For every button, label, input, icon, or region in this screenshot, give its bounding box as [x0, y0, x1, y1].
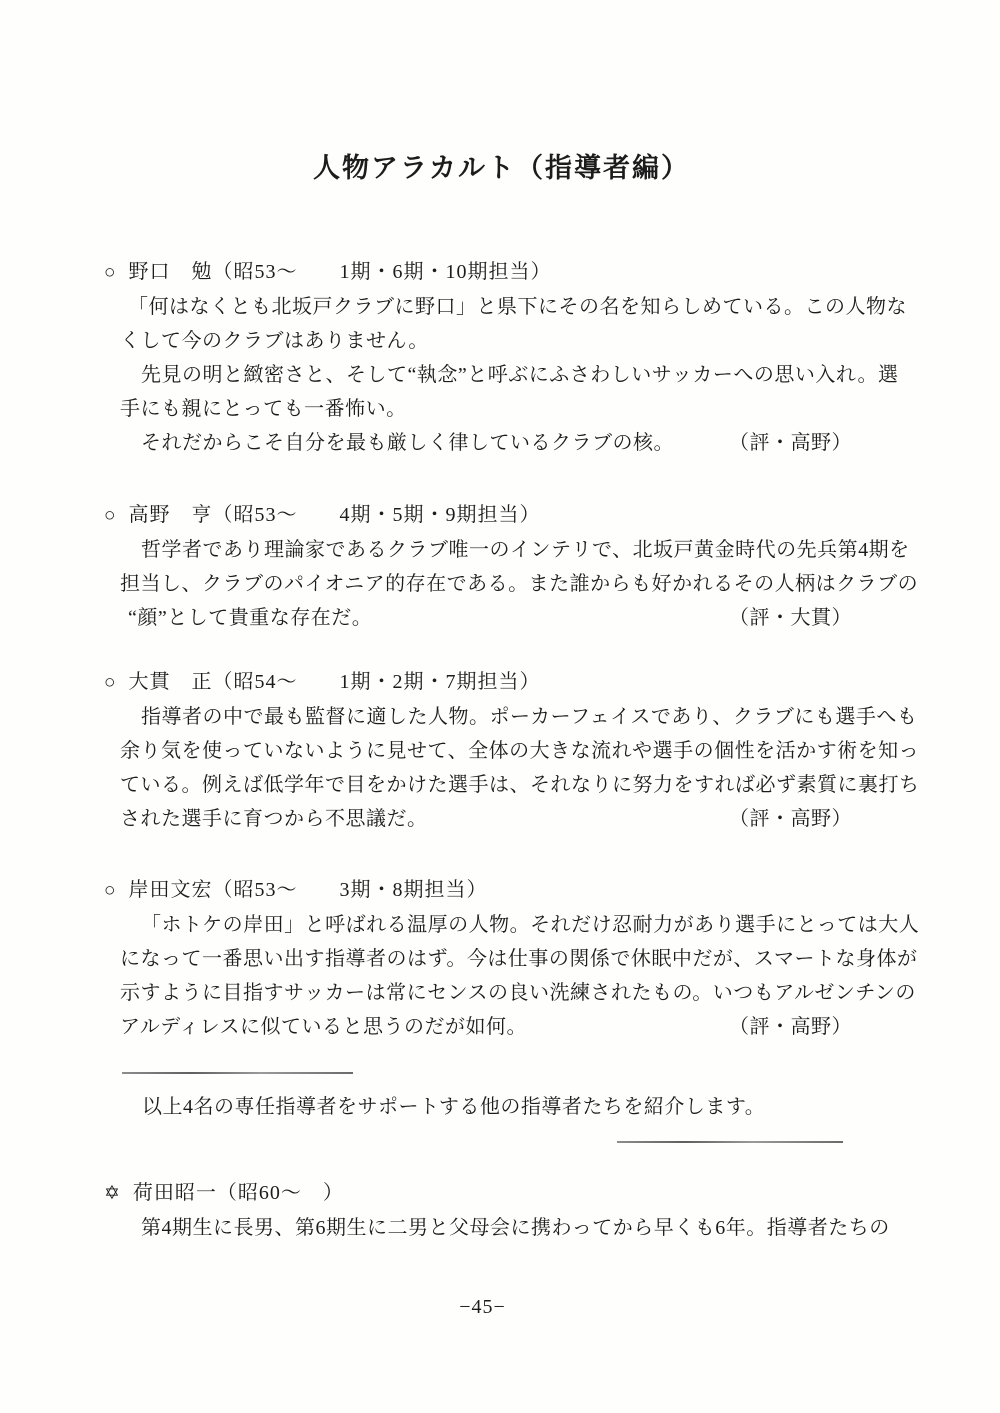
section-heading: ✡ 荷田昭一（昭60～ ）	[104, 1176, 884, 1211]
section-heading: ○ 大貫 正（昭54～ 1期・2期・7期担当）	[104, 665, 884, 700]
body-line: 担当し、クラブのパイオニア的存在である。また誰からも好かれるその人柄はクラブの	[120, 567, 852, 601]
profile-section-onuki: ○ 大貫 正（昭54～ 1期・2期・7期担当） 指導者の中で最も監督に適した人物…	[104, 665, 884, 836]
divider-line-left	[122, 1072, 353, 1074]
section-heading: ○ 野口 勉（昭53～ 1期・6期・10期担当）	[104, 255, 884, 290]
section-heading-text: 大貫 正（昭54～ 1期・2期・7期担当）	[128, 665, 540, 699]
body-line: になって一番思い出す指導者のはず。今は仕事の関係で休眠中だが、スマートな身体が	[120, 942, 852, 976]
circle-marker-icon: ○	[104, 666, 116, 700]
profile-section-noguchi: ○ 野口 勉（昭53～ 1期・6期・10期担当） 「何はなくとも北坂戸クラブに野…	[104, 255, 884, 460]
body-line: 第4期生に長男、第6期生に二男と父母会に携わってから早くも6年。指導者たちの	[120, 1211, 852, 1245]
body-line: 哲学者であり理論家であるクラブ唯一のインテリで、北坂戸黄金時代の先兵第4期を	[120, 533, 852, 567]
closing-line-row: された選手に育つから不思議だ。 （評・高野）	[120, 802, 852, 836]
circle-marker-icon: ○	[104, 874, 116, 908]
body-line: 「何はなくとも北坂戸クラブに野口」と県下にその名を知らしめている。この人物な	[120, 290, 852, 324]
body-line: くして今のクラブはありません。	[120, 324, 852, 358]
closing-line: それだからこそ自分を最も厳しく律しているクラブの核。	[120, 426, 674, 460]
section-heading-text: 岸田文宏（昭53～ 3期・8期担当）	[128, 873, 487, 907]
body-line: 「ホトケの岸田」と呼ばれる温厚の人物。それだけ忍耐力があり選手にとっては大人	[120, 908, 852, 942]
body-line: 示すように目指すサッカーは常にセンスの良い洗練されたもの。いつもアルゼンチンの	[120, 976, 852, 1010]
body-line: 余り気を使っていないように見せて、全体の大きな流れや選手の個性を活かす術を知っ	[120, 734, 852, 768]
evaluator-credit: （評・高野）	[729, 802, 852, 836]
evaluator-credit: （評・大貫）	[729, 601, 852, 635]
section-body: 「ホトケの岸田」と呼ばれる温厚の人物。それだけ忍耐力があり選手にとっては大人 に…	[120, 908, 852, 1044]
section-body: 「何はなくとも北坂戸クラブに野口」と県下にその名を知らしめている。この人物な く…	[120, 290, 852, 460]
closing-line: アルディレスに似ていると思うのだが如何。	[120, 1010, 527, 1044]
profile-section-takano: ○ 高野 亨（昭53～ 4期・5期・9期担当） 哲学者であり理論家であるクラブ唯…	[104, 498, 884, 635]
evaluator-credit: （評・高野）	[729, 426, 852, 460]
closing-line-row: アルディレスに似ていると思うのだが如何。 （評・高野）	[120, 1010, 852, 1044]
evaluator-credit: （評・高野）	[729, 1010, 852, 1044]
profile-section-nida: ✡ 荷田昭一（昭60～ ） 第4期生に長男、第6期生に二男と父母会に携わってから…	[104, 1176, 884, 1245]
divider-line-right	[617, 1141, 843, 1143]
circle-marker-icon: ○	[104, 256, 116, 290]
section-body: 第4期生に長男、第6期生に二男と父母会に携わってから早くも6年。指導者たちの	[120, 1211, 852, 1245]
section-heading-text: 野口 勉（昭53～ 1期・6期・10期担当）	[128, 255, 551, 289]
section-heading: ○ 高野 亨（昭53～ 4期・5期・9期担当）	[104, 498, 884, 533]
closing-line: された選手に育つから不思議だ。	[120, 802, 428, 836]
closing-line-row: それだからこそ自分を最も厳しく律しているクラブの核。 （評・高野）	[120, 426, 852, 460]
section-body: 指導者の中で最も監督に適した人物。ポーカーフェイスであり、クラブにも選手へも 余…	[120, 700, 852, 836]
closing-line: “顔”として貴重な存在だ。	[120, 601, 372, 635]
profile-section-kishida: ○ 岸田文宏（昭53～ 3期・8期担当） 「ホトケの岸田」と呼ばれる温厚の人物。…	[104, 873, 884, 1044]
star-marker-icon: ✡	[104, 1177, 121, 1211]
body-line: 指導者の中で最も監督に適した人物。ポーカーフェイスであり、クラブにも選手へも	[120, 700, 852, 734]
closing-line-row: “顔”として貴重な存在だ。 （評・大貫）	[120, 601, 852, 635]
section-body: 哲学者であり理論家であるクラブ唯一のインテリで、北坂戸黄金時代の先兵第4期を 担…	[120, 533, 852, 635]
page-title: 人物アラカルト（指導者編）	[313, 150, 690, 186]
body-line: 手にも親にとっても一番怖い。	[120, 392, 852, 426]
document-page: 人物アラカルト（指導者編） ○ 野口 勉（昭53～ 1期・6期・10期担当） 「…	[0, 0, 1000, 1413]
interlude-note: 以上4名の専任指導者をサポートする他の指導者たちを紹介します。	[120, 1090, 765, 1124]
body-line: ている。例えば低学年で目をかけた選手は、それなりに努力をすれば必ず素質に裏打ち	[120, 768, 852, 802]
section-heading: ○ 岸田文宏（昭53～ 3期・8期担当）	[104, 873, 884, 908]
circle-marker-icon: ○	[104, 499, 116, 533]
section-heading-text: 荷田昭一（昭60～ ）	[133, 1176, 344, 1210]
section-heading-text: 高野 亨（昭53～ 4期・5期・9期担当）	[128, 498, 540, 532]
page-number: −45−	[0, 1292, 965, 1322]
body-line: 先見の明と緻密さと、そして“執念”と呼ぶにふさわしいサッカーへの思い入れ。選	[120, 358, 852, 392]
